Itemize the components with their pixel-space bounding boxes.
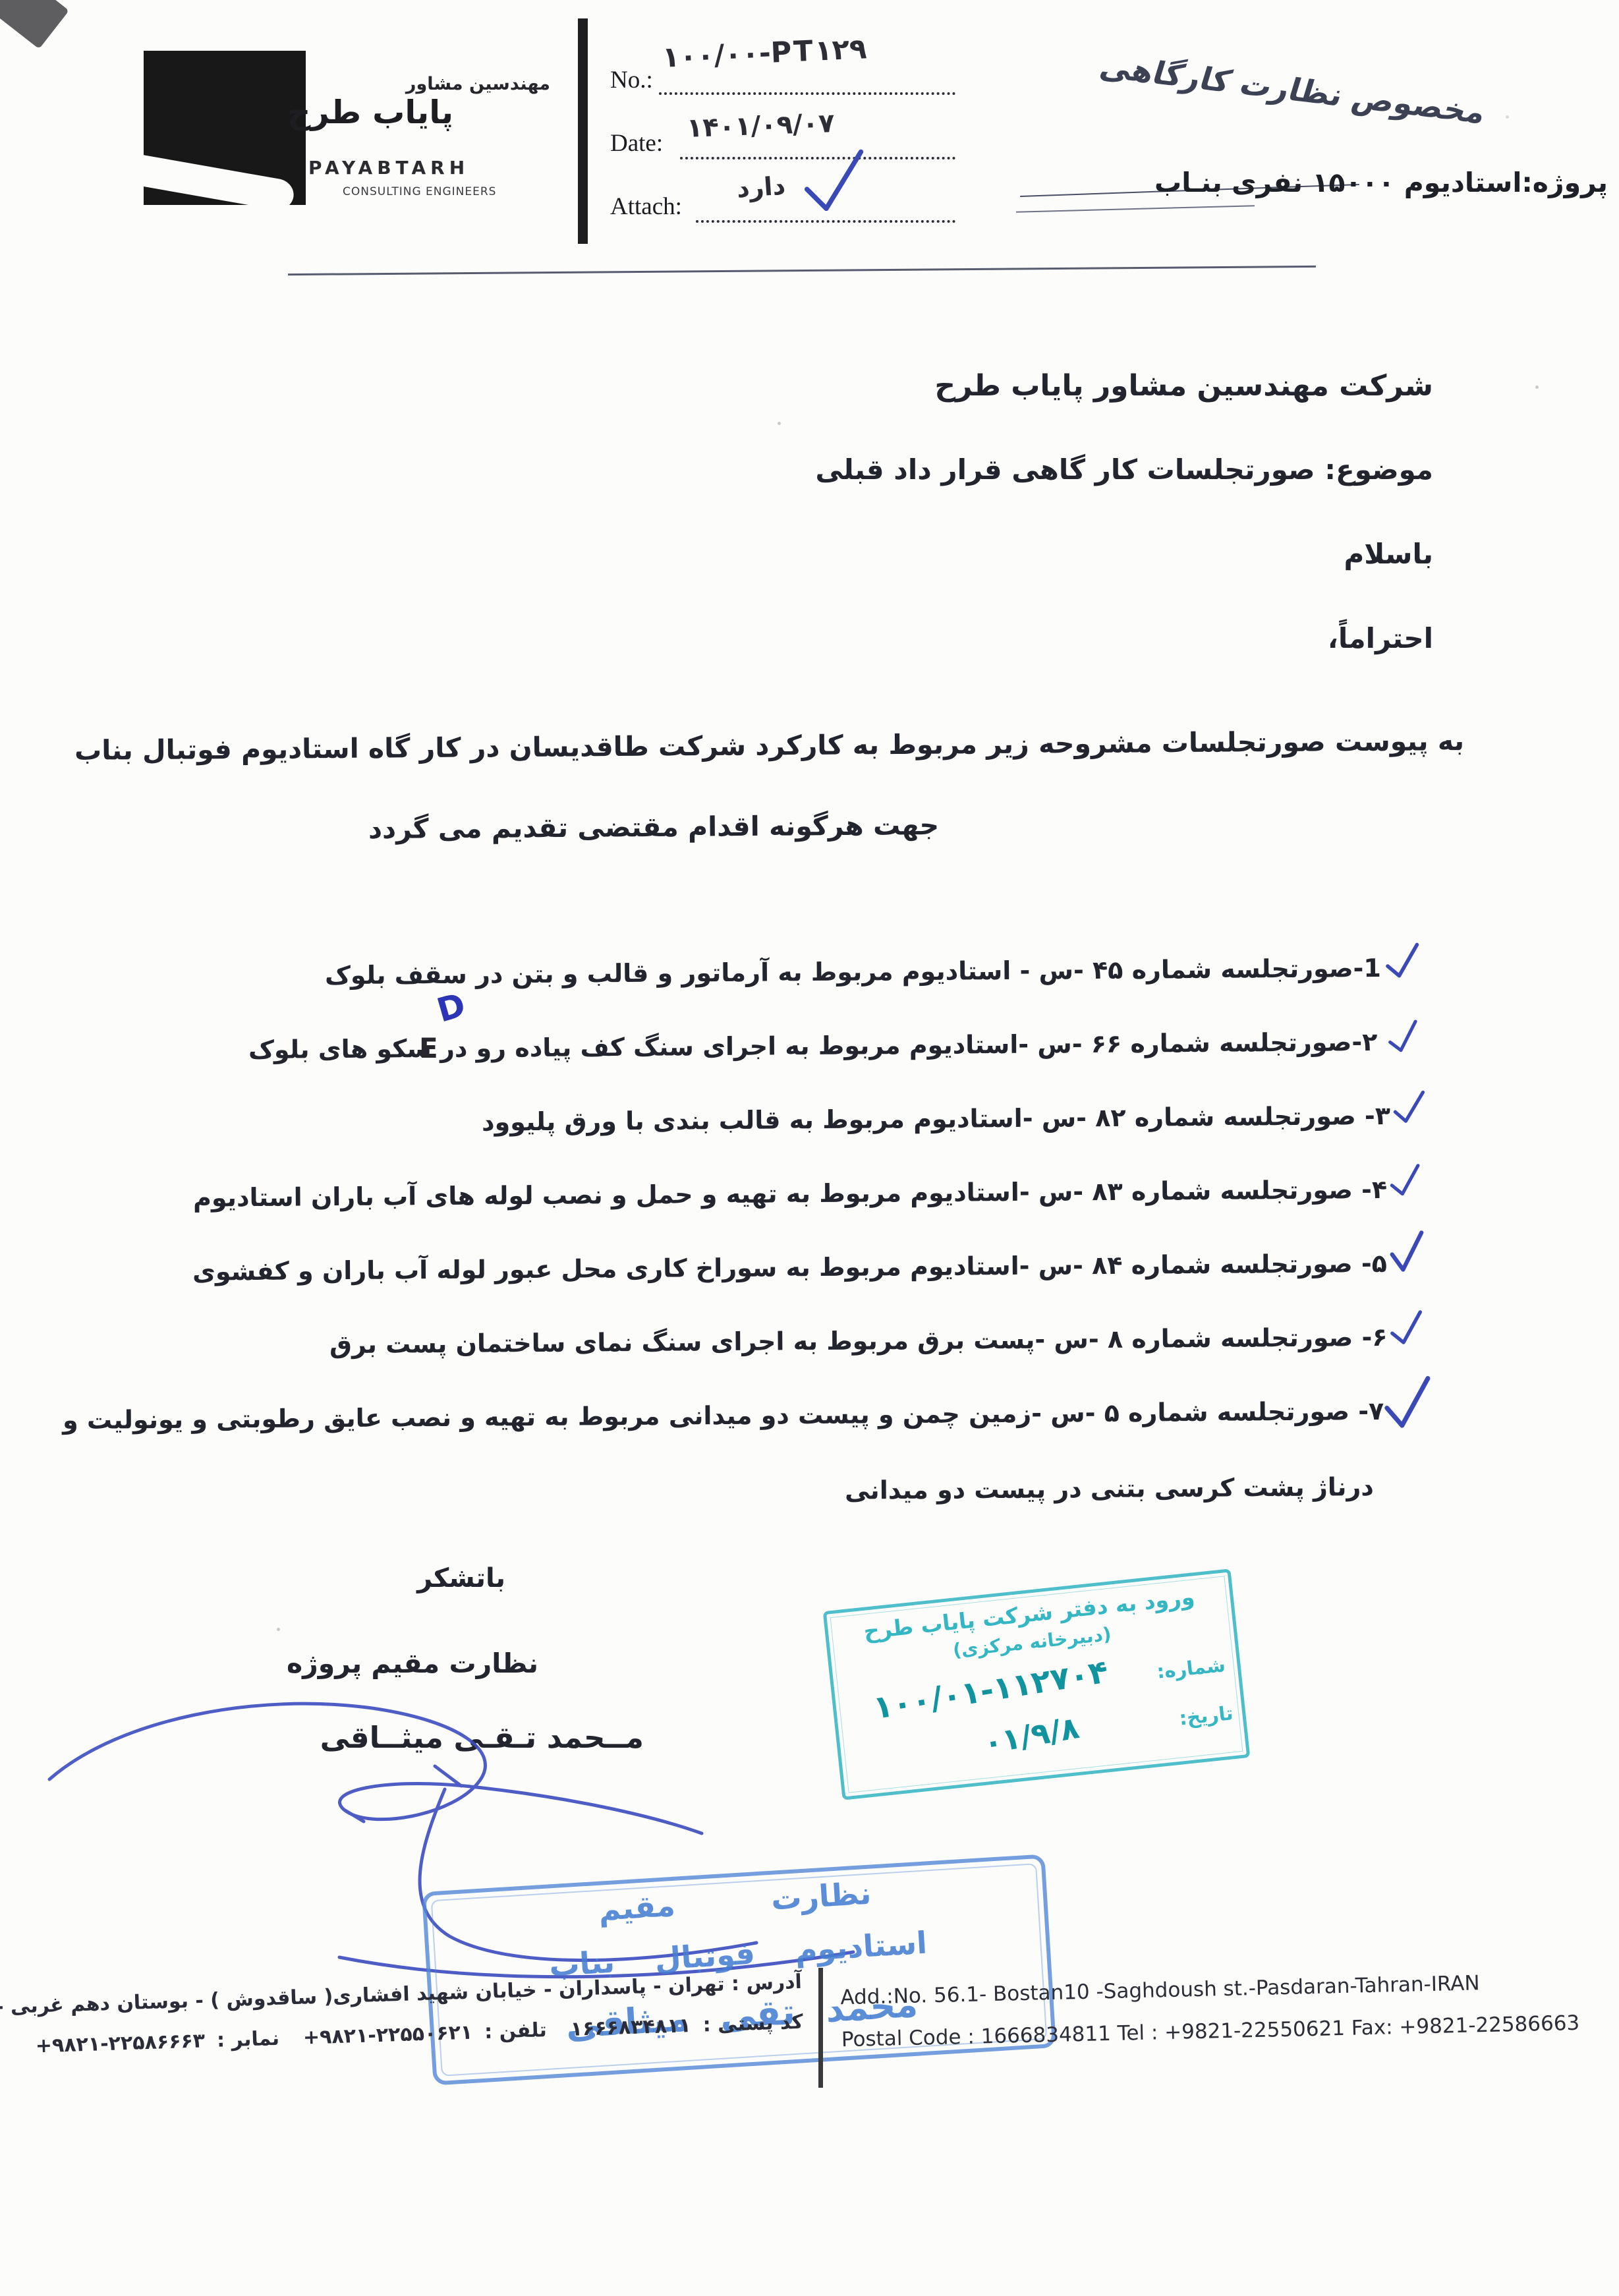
scanned-letter-page: مهندسین مشاور پایاب طرح PAYABTARH CONSUL…: [0, 0, 1619, 2296]
signoff-role: نظارت مقیم پروژه: [287, 1648, 538, 1679]
check-icon: [1382, 1016, 1424, 1058]
list-item-6: ۶- صورتجلسه شماره ۸ -س -پست برق مربوط به…: [329, 1323, 1387, 1359]
project-title: پروژه:استادیوم ۱۵۰۰۰ نفری بنـاب: [1179, 167, 1608, 198]
scan-speck: [1506, 115, 1509, 119]
date-label: Date:: [610, 129, 663, 158]
postal-value-fa: ۱۶۶۶۸۳۴۸۱۱: [570, 2014, 691, 2041]
spacer: [558, 2018, 559, 2041]
date-value-handwritten: ۱۴۰۱/۰۹/۰۷: [686, 108, 835, 144]
list-item-4: ۴- صورتجلسه شماره ۸۳ -س -استادیوم مربوط …: [193, 1175, 1387, 1213]
office-entry-stamp: ورود به دفتر شرکت پایاب طرح (دبیرخانه مر…: [823, 1568, 1251, 1800]
list-item-5: ۵- صورتجلسه شماره ۸۴ -س -استادیوم مربوط …: [192, 1249, 1387, 1286]
check-icon: [1382, 1228, 1431, 1277]
subject-line: موضوع: صورتجلسات کار گاهی قرار داد قبلی: [815, 453, 1433, 486]
recipient-line: شرکت مهندسین مشاور پایاب طرح: [934, 369, 1433, 403]
brand-name-en-sub: CONSULTING ENGINEERS: [343, 185, 540, 198]
courtesy-line: احتراماً،: [1328, 622, 1433, 654]
check-icon: [1389, 1087, 1430, 1128]
header-divider-bar: [578, 18, 588, 244]
brand-name-fa-large: پایاب طرح: [308, 94, 453, 131]
footer-contact-en: Postal Code : 1666834811 Tel : +9821-225…: [841, 2011, 1612, 2052]
scan-corner-smudge: [0, 0, 69, 49]
list-item-1: 1-صورتجلسه شماره ۴۵ -س - استادیوم مربوط …: [325, 954, 1381, 990]
list-item-2: ۲-صورتجلسه شماره ۶۶ -س -استادیوم مربوط ب…: [248, 1027, 1378, 1064]
check-icon: [1385, 1307, 1429, 1350]
attach-dotted-line: [696, 220, 955, 223]
header-separator-line: [288, 266, 1316, 275]
handwritten-note: مخصوص نظارت کارگاهی: [1127, 53, 1491, 131]
brand-name-fa-small: مهندسین مشاور: [395, 74, 550, 94]
list-item-7: ۷- صورتجلسه شماره ۵ -س -زمین چمن و پیست …: [63, 1396, 1384, 1435]
scan-speck: [277, 1628, 280, 1631]
supervisor-stamp: نظارت مقیم استادیوم فوتبال بناب محمد تقی…: [422, 1854, 1056, 2085]
scan-speck: [778, 422, 781, 425]
attach-checkmark-icon: [799, 146, 868, 215]
attach-label: Attach:: [610, 192, 682, 221]
scan-speck: [1535, 386, 1539, 389]
check-icon: [1380, 939, 1425, 983]
handwritten-letter-d: D: [433, 985, 470, 1029]
list-item-7-continuation: درناژ پشت کرسی بتنی در پیست دو میدانی: [845, 1472, 1374, 1505]
no-value-handwritten: ۱۰۰/۰۰-PT۱۲۹: [662, 32, 867, 74]
note-underline: [1016, 205, 1255, 212]
closing-thanks: باتشکر: [417, 1563, 505, 1593]
salutation: باسلام: [1344, 538, 1433, 570]
tel-label-fa: تلفن :: [484, 2019, 548, 2044]
list-item-3: ۳- صورتجلسه شماره ۸۲ -س -استادیوم مربوط …: [482, 1101, 1390, 1137]
fax-value-fa: +۹۸۲۱-۲۲۵۸۶۶۶۳: [35, 2029, 205, 2057]
fax-label-fa: نمابر :: [216, 2027, 279, 2052]
body-paragraph-line-2: جهت هرگونه اقدام مقتضی تقدیم می گردد: [368, 809, 939, 845]
spacer: [291, 2026, 291, 2050]
postal-label-fa: کد پستی :: [702, 2011, 803, 2037]
check-icon: [1385, 1161, 1426, 1201]
no-label: No.:: [610, 66, 653, 94]
brand-name-en: PAYABTARH: [308, 157, 506, 179]
footer-divider: [818, 1968, 823, 2088]
no-dotted-line: [659, 92, 955, 95]
letter-e-mark: E: [419, 1032, 438, 1064]
check-icon: [1377, 1372, 1438, 1434]
attach-value-handwritten: دارد: [736, 171, 787, 203]
body-paragraph-line-1: به پیوست صورتجلسات مشروحه زیر مربوط به ک…: [74, 725, 1464, 766]
